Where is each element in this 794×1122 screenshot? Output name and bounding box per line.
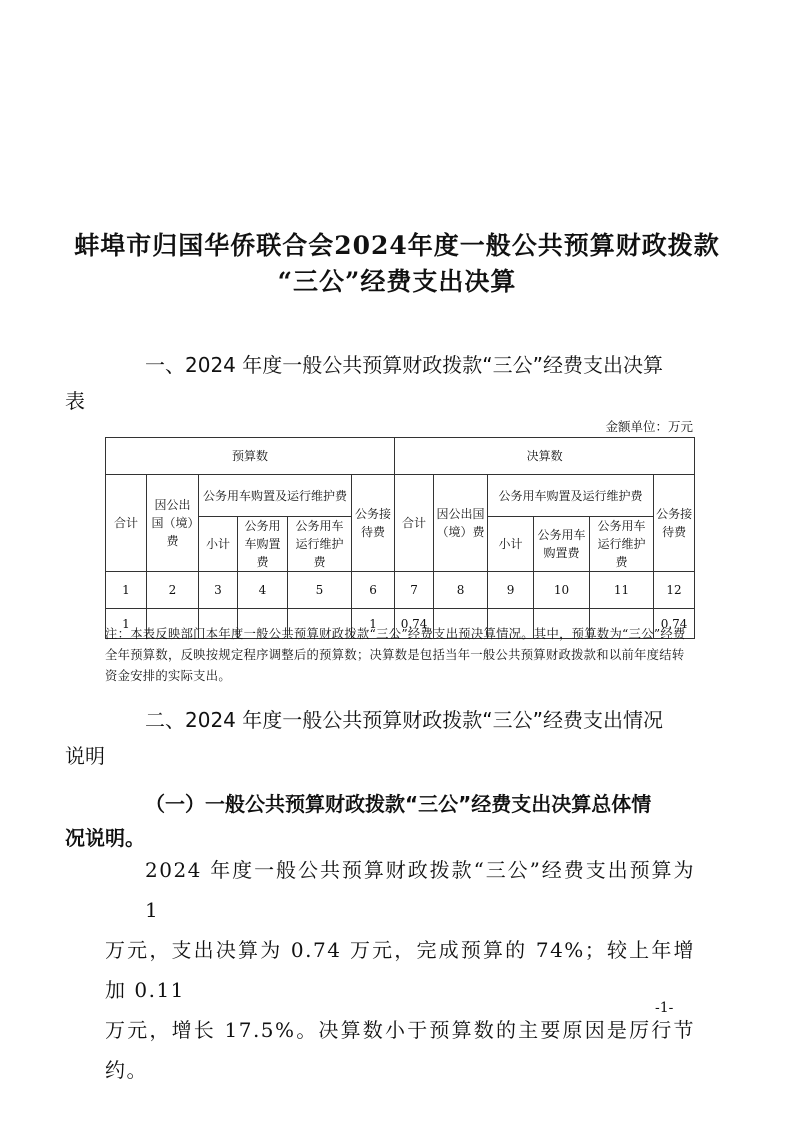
paragraph-line3: 万元，增长 17.5%。决算数小于预算数的主要原因是厉行节约。: [105, 1010, 695, 1090]
final-group-header: 决算数: [395, 438, 695, 475]
section1-heading: 一、2024 年度一般公共预算财政拨款“三公”经费支出决算 表: [105, 347, 695, 419]
column-number: 11: [590, 572, 654, 609]
budget-abroad-header: 因公出国（境）费: [147, 475, 199, 572]
column-number: 2: [147, 572, 199, 609]
final-vehicle-operation-header: 公务用车运行维护费: [590, 517, 654, 572]
paragraph-line1: 2024 年度一般公共预算财政拨款“三公”经费支出预算为 1: [105, 850, 695, 930]
section1-heading-line1: 一、2024 年度一般公共预算财政拨款“三公”经费支出决算: [145, 353, 663, 377]
budget-vehicle-operation-header: 公务用车运行维护费: [288, 517, 352, 572]
final-vehicle-purchase-header: 公务用车购置费: [534, 517, 590, 572]
table-group-header-row: 预算数 决算数: [106, 438, 695, 475]
table-note: 注：本表反映部门本年度一般公共预算财政拨款“三公”经费支出预决算情况。其中，预算…: [105, 624, 695, 687]
section1-heading-line2: 表: [65, 383, 85, 419]
budget-group-header: 预算数: [106, 438, 395, 475]
column-number-row: 1 2 3 4 5 6 7 8 9 10 11 12: [106, 572, 695, 609]
subsection1-heading-line1: （一）一般公共预算财政拨款“三公”经费支出决算总体情: [145, 792, 651, 816]
column-number: 4: [238, 572, 288, 609]
budget-vehicle-group-header: 公务用车购置及运行维护费: [199, 475, 352, 517]
column-number: 12: [654, 572, 695, 609]
subsection1-heading: （一）一般公共预算财政拨款“三公”经费支出决算总体情 况说明。: [105, 787, 695, 855]
final-total-header: 合计: [395, 475, 434, 572]
column-number: 9: [488, 572, 534, 609]
summary-paragraph: 2024 年度一般公共预算财政拨款“三公”经费支出预算为 1 万元，支出决算为 …: [105, 850, 695, 1090]
column-number: 1: [106, 572, 147, 609]
section2-heading-line1: 二、2024 年度一般公共预算财政拨款“三公”经费支出情况: [145, 708, 663, 732]
section2-heading: 二、2024 年度一般公共预算财政拨款“三公”经费支出情况 说明: [105, 702, 695, 774]
section2-heading-line2: 说明: [65, 738, 105, 774]
budget-total-header: 合计: [106, 475, 147, 572]
column-number: 7: [395, 572, 434, 609]
budget-reception-header: 公务接待费: [352, 475, 395, 572]
document-title-line2: “三公”经费支出决算: [0, 262, 794, 298]
final-vehicle-group-header: 公务用车购置及运行维护费: [488, 475, 654, 517]
column-number: 8: [434, 572, 488, 609]
unit-label: 金额单位：万元: [605, 417, 693, 435]
table-header-row-1: 合计 因公出国（境）费 公务用车购置及运行维护费 公务接待费 合计 因公出国（境…: [106, 475, 695, 517]
budget-vehicle-subtotal-header: 小计: [199, 517, 238, 572]
column-number: 6: [352, 572, 395, 609]
budget-vehicle-purchase-header: 公务用车购置费: [238, 517, 288, 572]
column-number: 10: [534, 572, 590, 609]
final-vehicle-subtotal-header: 小计: [488, 517, 534, 572]
column-number: 5: [288, 572, 352, 609]
paragraph-line2: 万元，支出决算为 0.74 万元，完成预算的 74%；较上年增加 0.11: [105, 930, 695, 1010]
final-abroad-header: 因公出国（境）费: [434, 475, 488, 572]
three-public-expenses-table: 预算数 决算数 合计 因公出国（境）费 公务用车购置及运行维护费 公务接待费 合…: [105, 437, 695, 639]
final-reception-header: 公务接待费: [654, 475, 695, 572]
page-number: -1-: [655, 1000, 673, 1016]
document-title-line1: 蚌埠市归国华侨联合会2024年度一般公共预算财政拨款: [0, 226, 794, 262]
column-number: 3: [199, 572, 238, 609]
